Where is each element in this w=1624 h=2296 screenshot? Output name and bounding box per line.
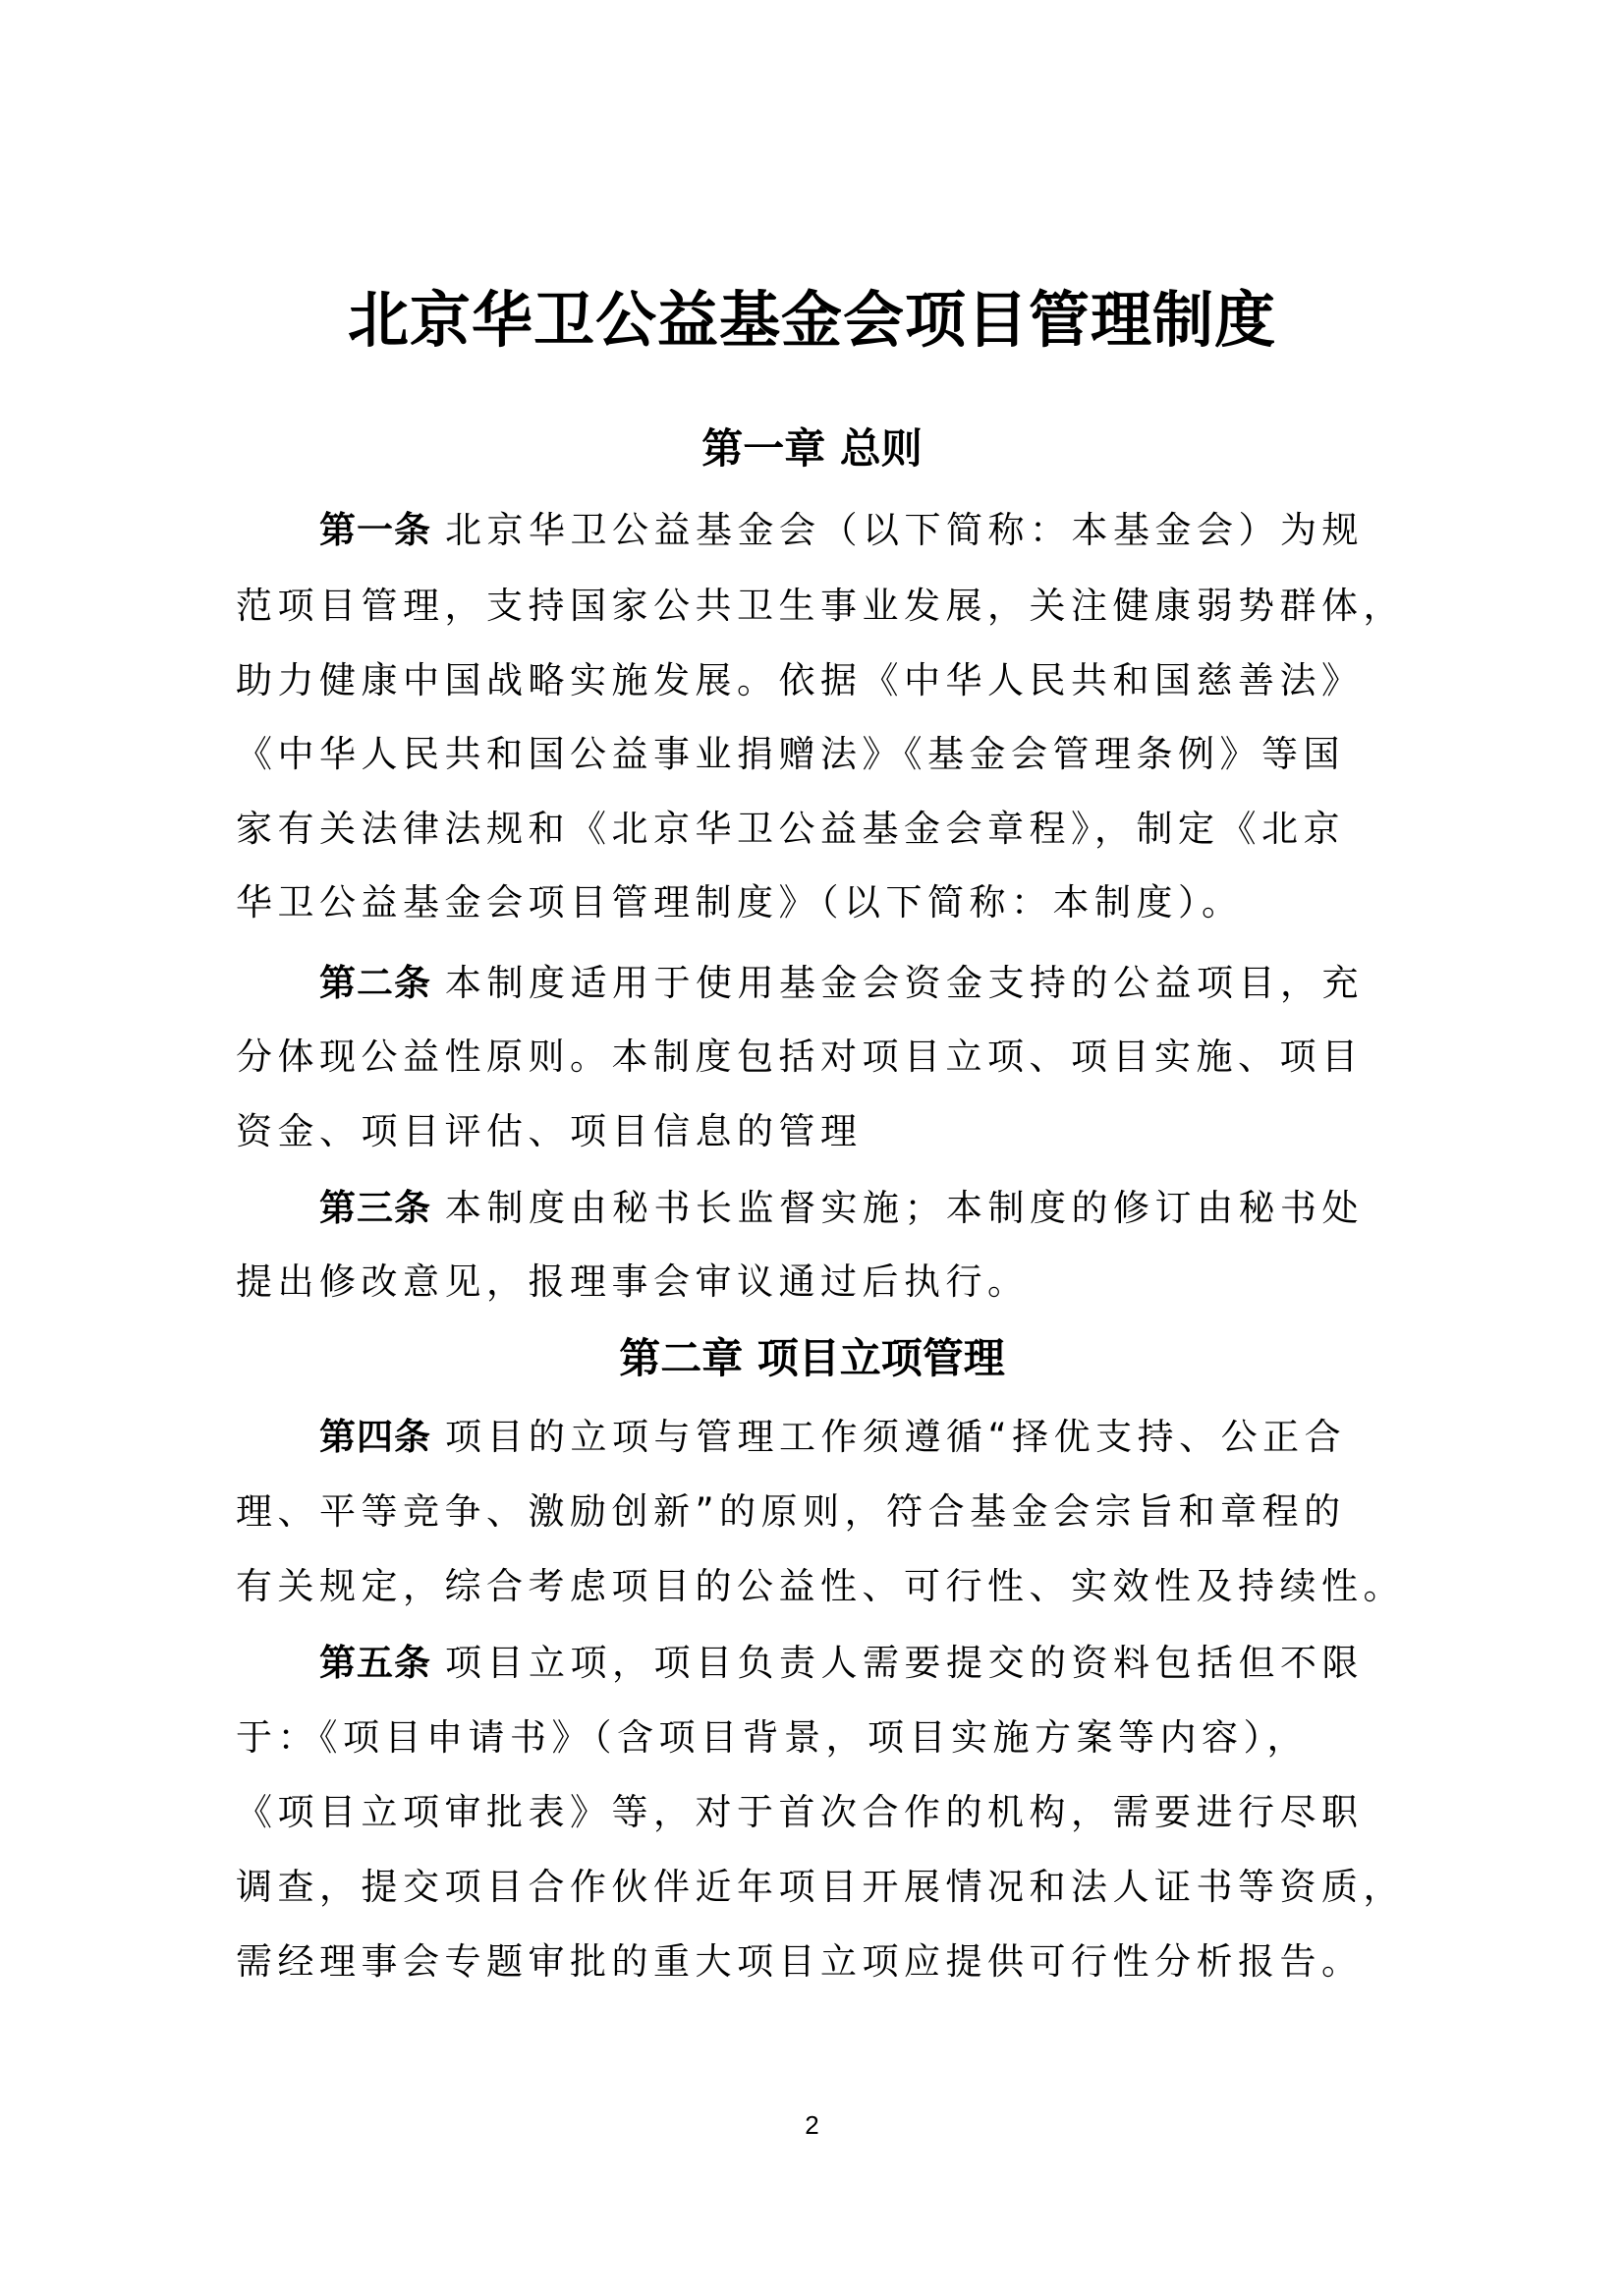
- document-title: 北京华卫公益基金会项目管理制度: [0, 285, 1624, 356]
- article-4-line-2: 理、平等竞争、激励创新”的原则，符合基金会宗旨和章程的: [236, 1487, 1395, 1537]
- article-1-line-5: 家有关法律法规和《北京华卫公益基金会章程》，制定《北京: [236, 805, 1395, 854]
- article-3-line-2: 提出修改意见，报理事会审议通过后执行。: [236, 1258, 1395, 1307]
- article-1-line-2: 范项目管理，支持国家公共卫生事业发展，关注健康弱势群体，: [236, 582, 1395, 631]
- article-4-line-1: 第四条项目的立项与管理工作须遵循“择优支持、公正合: [319, 1413, 1479, 1462]
- chapter-heading-1: 第一章 总则: [0, 424, 1624, 474]
- article-4-line-3: 有关规定，综合考虑项目的公益性、可行性、实效性及持续性。: [236, 1562, 1395, 1611]
- document-page: 北京华卫公益基金会项目管理制度 第一章 总则 第一条北京华卫公益基金会（以下简称…: [0, 0, 1624, 2296]
- article-5-line-1: 第五条项目立项，项目负责人需要提交的资料包括但不限: [319, 1639, 1479, 1688]
- article-label-2: 第二条: [319, 962, 431, 1004]
- article-5-line-3: 《项目立项审批表》等，对于首次合作的机构，需要进行尽职: [236, 1788, 1395, 1837]
- article-2-text: 本制度适用于使用基金会资金支持的公益项目，充: [445, 962, 1364, 1004]
- article-1-line-6: 华卫公益基金会项目管理制度》（以下简称：本制度）。: [236, 878, 1395, 927]
- article-2-line-1: 第二条本制度适用于使用基金会资金支持的公益项目，充: [319, 959, 1479, 1008]
- article-label-5: 第五条: [319, 1642, 431, 1684]
- article-label-4: 第四条: [319, 1416, 431, 1458]
- article-1-line-1: 第一条北京华卫公益基金会（以下简称：本基金会）为规: [319, 506, 1479, 555]
- article-2-line-2: 分体现公益性原则。本制度包括对项目立项、项目实施、项目: [236, 1033, 1395, 1082]
- article-4-text: 项目的立项与管理工作须遵循“择优支持、公正合: [445, 1416, 1346, 1458]
- article-5-line-4: 调查，提交项目合作伙伴近年项目开展情况和法人证书等资质，: [236, 1863, 1395, 1912]
- article-label-3: 第三条: [319, 1187, 431, 1229]
- article-3-text: 本制度由秘书长监督实施；本制度的修订由秘书处: [445, 1187, 1364, 1229]
- article-5-text: 项目立项，项目负责人需要提交的资料包括但不限: [445, 1642, 1364, 1684]
- article-5-line-2: 于：《项目申请书》（含项目背景，项目实施方案等内容），: [236, 1713, 1395, 1763]
- page-number: 2: [0, 2110, 1624, 2140]
- article-3-line-1: 第三条本制度由秘书长监督实施；本制度的修订由秘书处: [319, 1184, 1479, 1233]
- article-1-line-3: 助力健康中国战略实施发展。依据《中华人民共和国慈善法》: [236, 656, 1395, 705]
- article-2-line-3: 资金、项目评估、项目信息的管理: [236, 1107, 1395, 1156]
- article-label-1: 第一条: [319, 509, 431, 551]
- article-1-line-4: 《中华人民共和国公益事业捐赠法》《基金会管理条例》等国: [236, 730, 1395, 779]
- article-1-text: 北京华卫公益基金会（以下简称：本基金会）为规: [445, 509, 1364, 551]
- article-5-line-5: 需经理事会专题审批的重大项目立项应提供可行性分析报告。: [236, 1937, 1395, 1987]
- chapter-heading-2: 第二章 项目立项管理: [0, 1334, 1624, 1383]
